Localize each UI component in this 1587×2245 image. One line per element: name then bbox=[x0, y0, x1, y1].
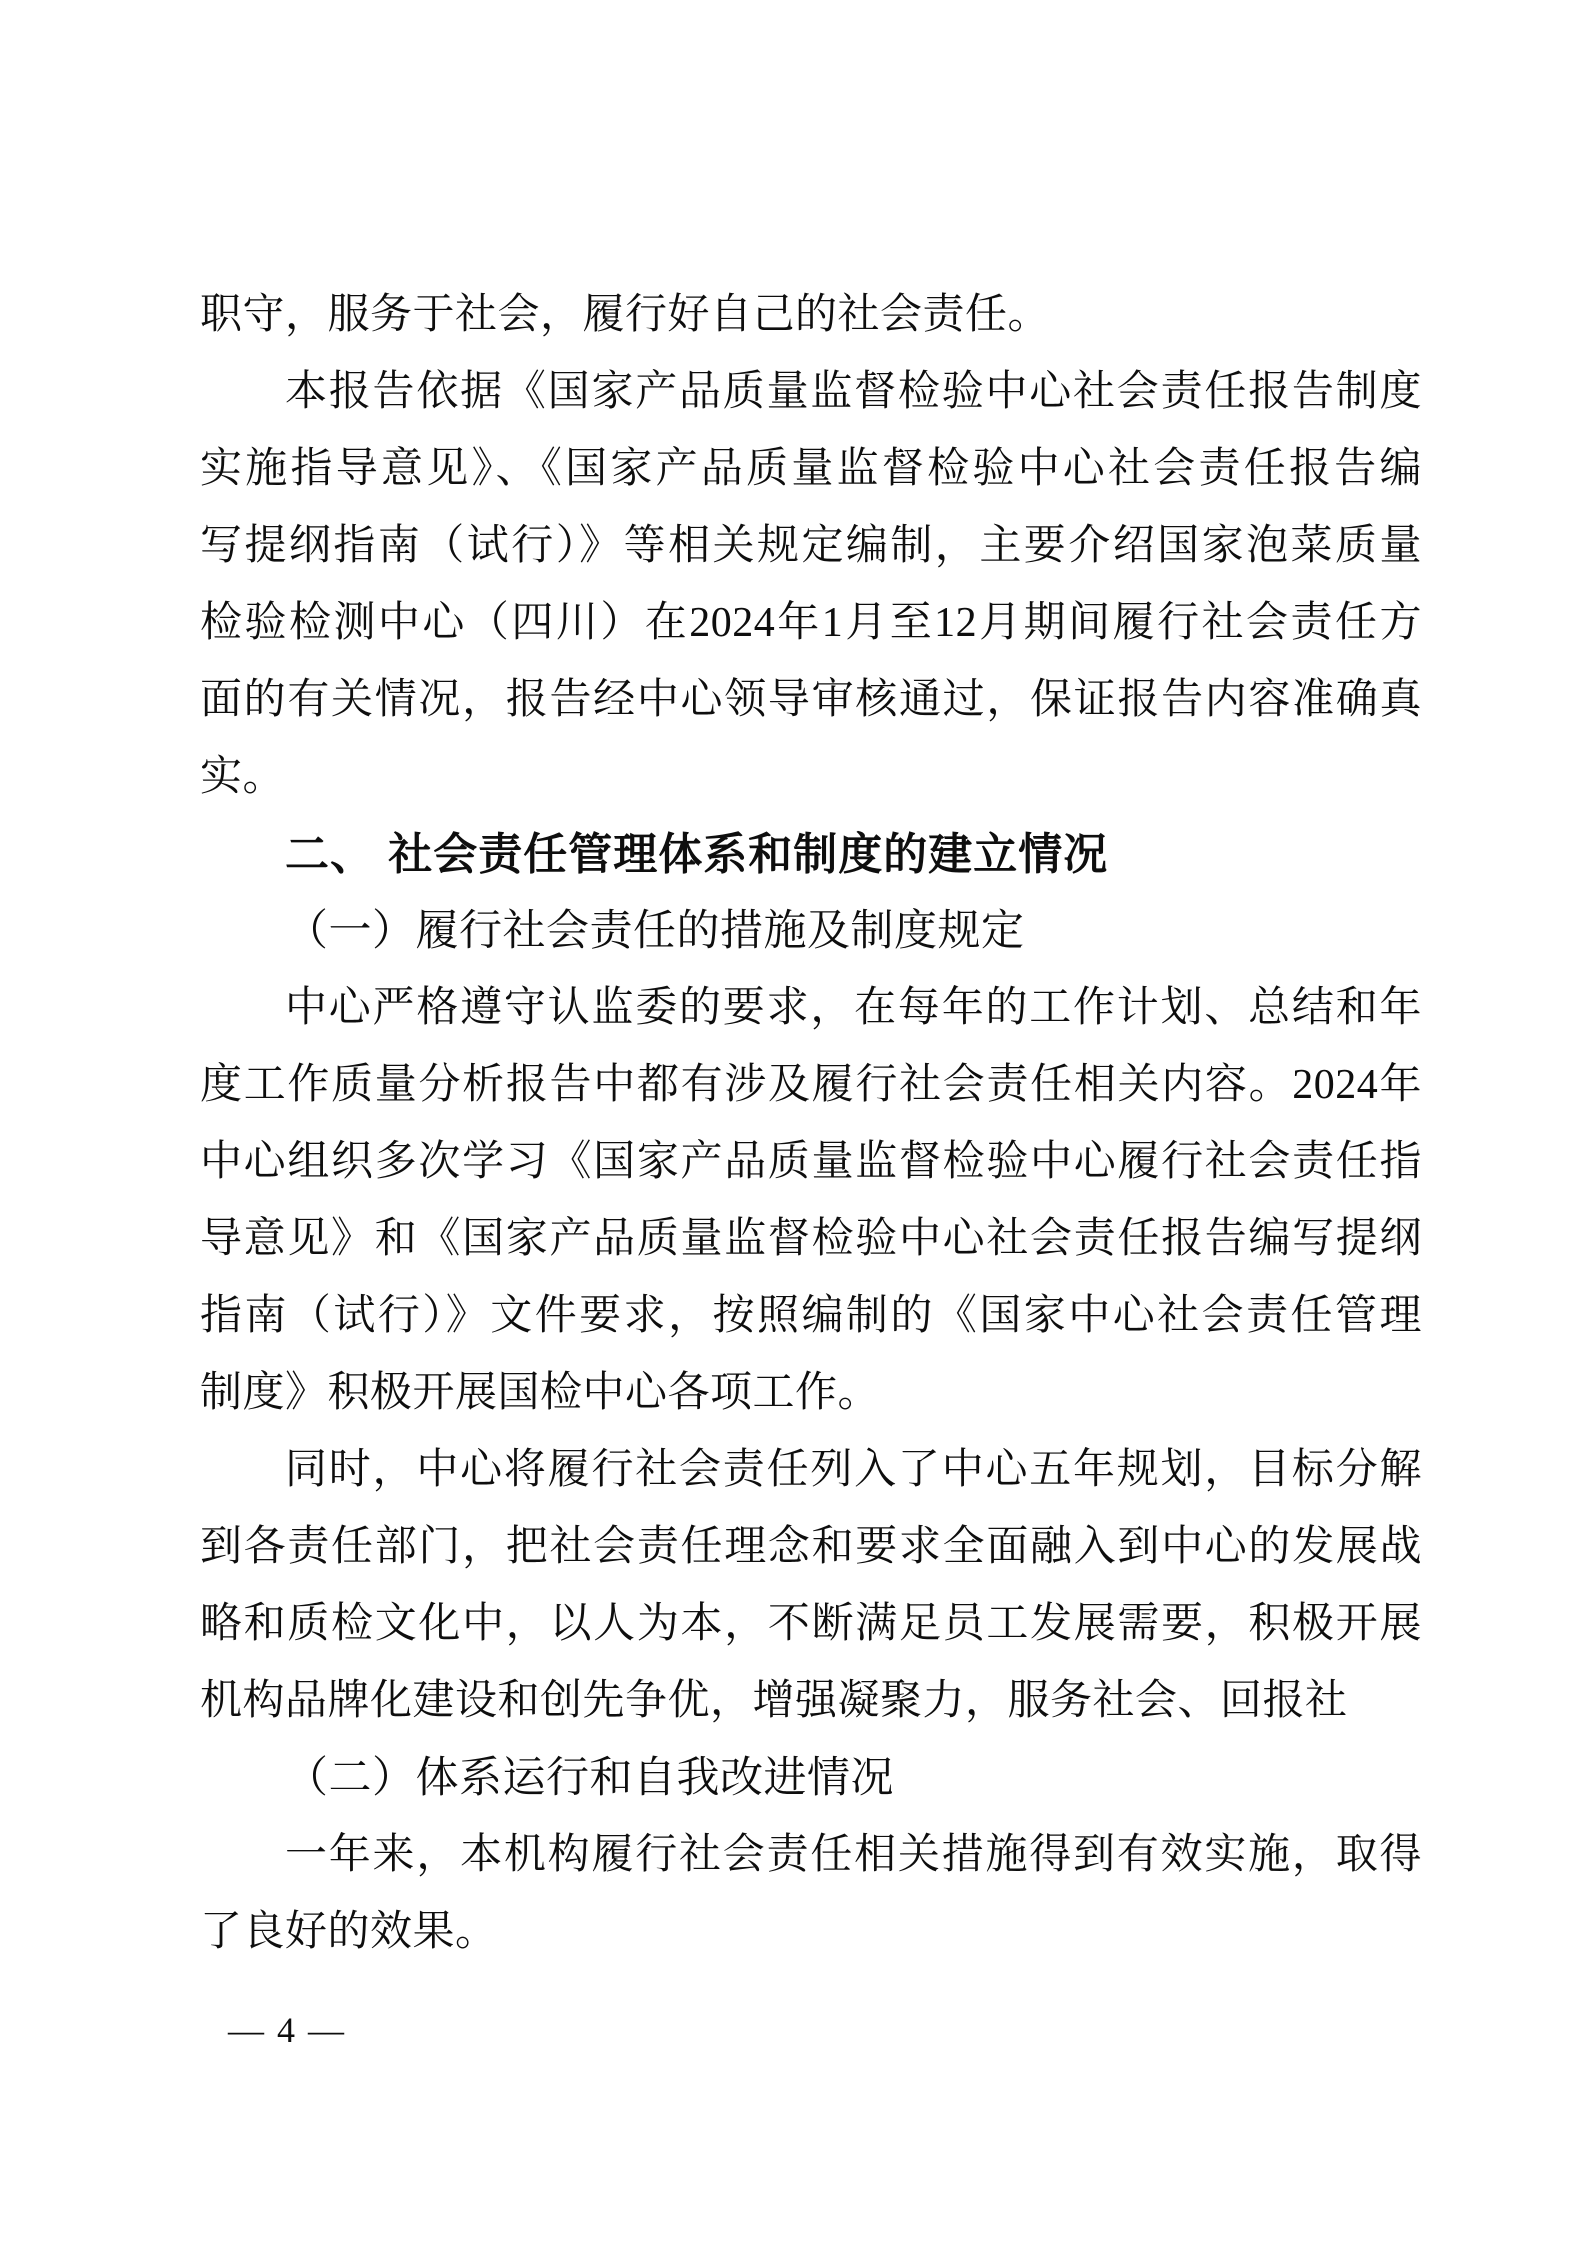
document-line: （一）履行社会责任的措施及制度规定 bbox=[200, 893, 1422, 970]
document-line: 到各责任部门，把社会责任理念和要求全面融入到中心的发展战 bbox=[200, 1509, 1422, 1586]
document-line: 度工作质量分析报告中都有涉及履行社会责任相关内容。2024年 bbox=[200, 1047, 1422, 1124]
document-line: 导意见》和《国家产品质量监督检验中心社会责任报告编写提纲 bbox=[200, 1201, 1422, 1278]
page-number: — 4 — bbox=[228, 2008, 346, 2052]
document-line: 机构品牌化建设和创先争优，增强凝聚力，服务社会、回报社会。 bbox=[200, 1663, 1422, 1740]
document-line: 实。 bbox=[200, 739, 1422, 816]
document-line: 中心组织多次学习《国家产品质量监督检验中心履行社会责任指 bbox=[200, 1124, 1422, 1201]
document-line: 二、 社会责任管理体系和制度的建立情况 bbox=[200, 816, 1422, 893]
document-line: 指南（试行）》文件要求，按照编制的《国家中心社会责任管理 bbox=[200, 1278, 1422, 1355]
document-line: 中心严格遵守认监委的要求，在每年的工作计划、总结和年 bbox=[200, 970, 1422, 1047]
document-line: 实施指导意见》、《国家产品质量监督检验中心社会责任报告编 bbox=[200, 431, 1422, 508]
document-line: 写提纲指南（试行）》等相关规定编制，主要介绍国家泡菜质量 bbox=[200, 508, 1422, 585]
document-line: 了良好的效果。 bbox=[200, 1894, 1422, 1971]
document-line: 面的有关情况，报告经中心领导审核通过，保证报告内容准确真 bbox=[200, 662, 1422, 739]
document-line: 本报告依据《国家产品质量监督检验中心社会责任报告制度 bbox=[200, 354, 1422, 431]
document-line: 制度》积极开展国检中心各项工作。 bbox=[200, 1355, 1422, 1432]
document-line: 略和质检文化中，以人为本，不断满足员工发展需要，积极开展 bbox=[200, 1586, 1422, 1663]
document-line: 一年来，本机构履行社会责任相关措施得到有效实施，取得 bbox=[200, 1817, 1422, 1894]
document-line: （二）体系运行和自我改进情况 bbox=[200, 1740, 1422, 1817]
document-body: 职守，服务于社会，履行好自己的社会责任。本报告依据《国家产品质量监督检验中心社会… bbox=[200, 277, 1422, 1971]
document-line: 检验检测中心（四川）在2024年1月至12月期间履行社会责任方 bbox=[200, 585, 1422, 662]
document-line: 同时，中心将履行社会责任列入了中心五年规划，目标分解 bbox=[200, 1432, 1422, 1509]
document-page: 职守，服务于社会，履行好自己的社会责任。本报告依据《国家产品质量监督检验中心社会… bbox=[0, 0, 1587, 2245]
document-line: 职守，服务于社会，履行好自己的社会责任。 bbox=[200, 277, 1422, 354]
